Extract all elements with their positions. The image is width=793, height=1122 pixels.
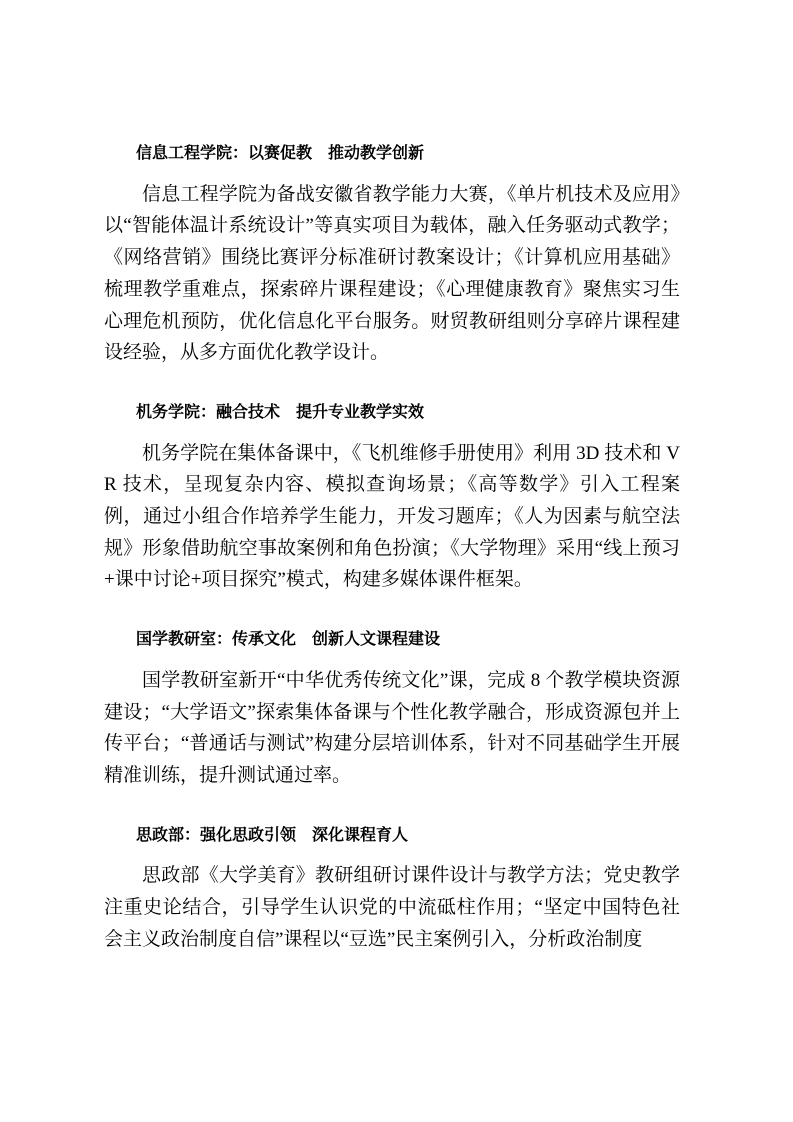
section-paragraph: 信息工程学院为备战安徽省教学能力大赛，《单片机技术及应用》以“智能体温计系统设计…	[104, 179, 680, 369]
document-page: 信息工程学院：以赛促教 推动教学创新 信息工程学院为备战安徽省教学能力大赛，《单…	[0, 0, 793, 1122]
section-chinese-studies: 国学教研室：传承文化 创新人文课程建设 国学教研室新开“中华优秀传统文化”课，完…	[104, 624, 680, 792]
section-paragraph: 机务学院在集体备课中，《飞机维修手册使用》利用 3D 技术和 VR 技术，呈现复…	[104, 438, 680, 597]
section-heading: 国学教研室：传承文化 创新人文课程建设	[104, 624, 680, 656]
section-aircraft-maintenance: 机务学院：融合技术 提升专业教学实效 机务学院在集体备课中，《飞机维修手册使用》…	[104, 397, 680, 596]
section-paragraph: 国学教研室新开“中华优秀传统文化”课，完成 8 个教学模块资源建设；“大学语文”…	[104, 665, 680, 792]
section-heading: 信息工程学院：以赛促教 推动教学创新	[104, 138, 680, 170]
section-heading: 思政部：强化思政引领 深化课程育人	[104, 820, 680, 852]
section-heading: 机务学院：融合技术 提升专业教学实效	[104, 397, 680, 429]
section-information-engineering: 信息工程学院：以赛促教 推动教学创新 信息工程学院为备战安徽省教学能力大赛，《单…	[104, 138, 680, 369]
section-paragraph: 思政部《大学美育》教研组研讨课件设计与教学方法；党史教学注重史论结合，引导学生认…	[104, 860, 680, 955]
section-ideological-politics: 思政部：强化思政引领 深化课程育人 思政部《大学美育》教研组研讨课件设计与教学方…	[104, 820, 680, 956]
